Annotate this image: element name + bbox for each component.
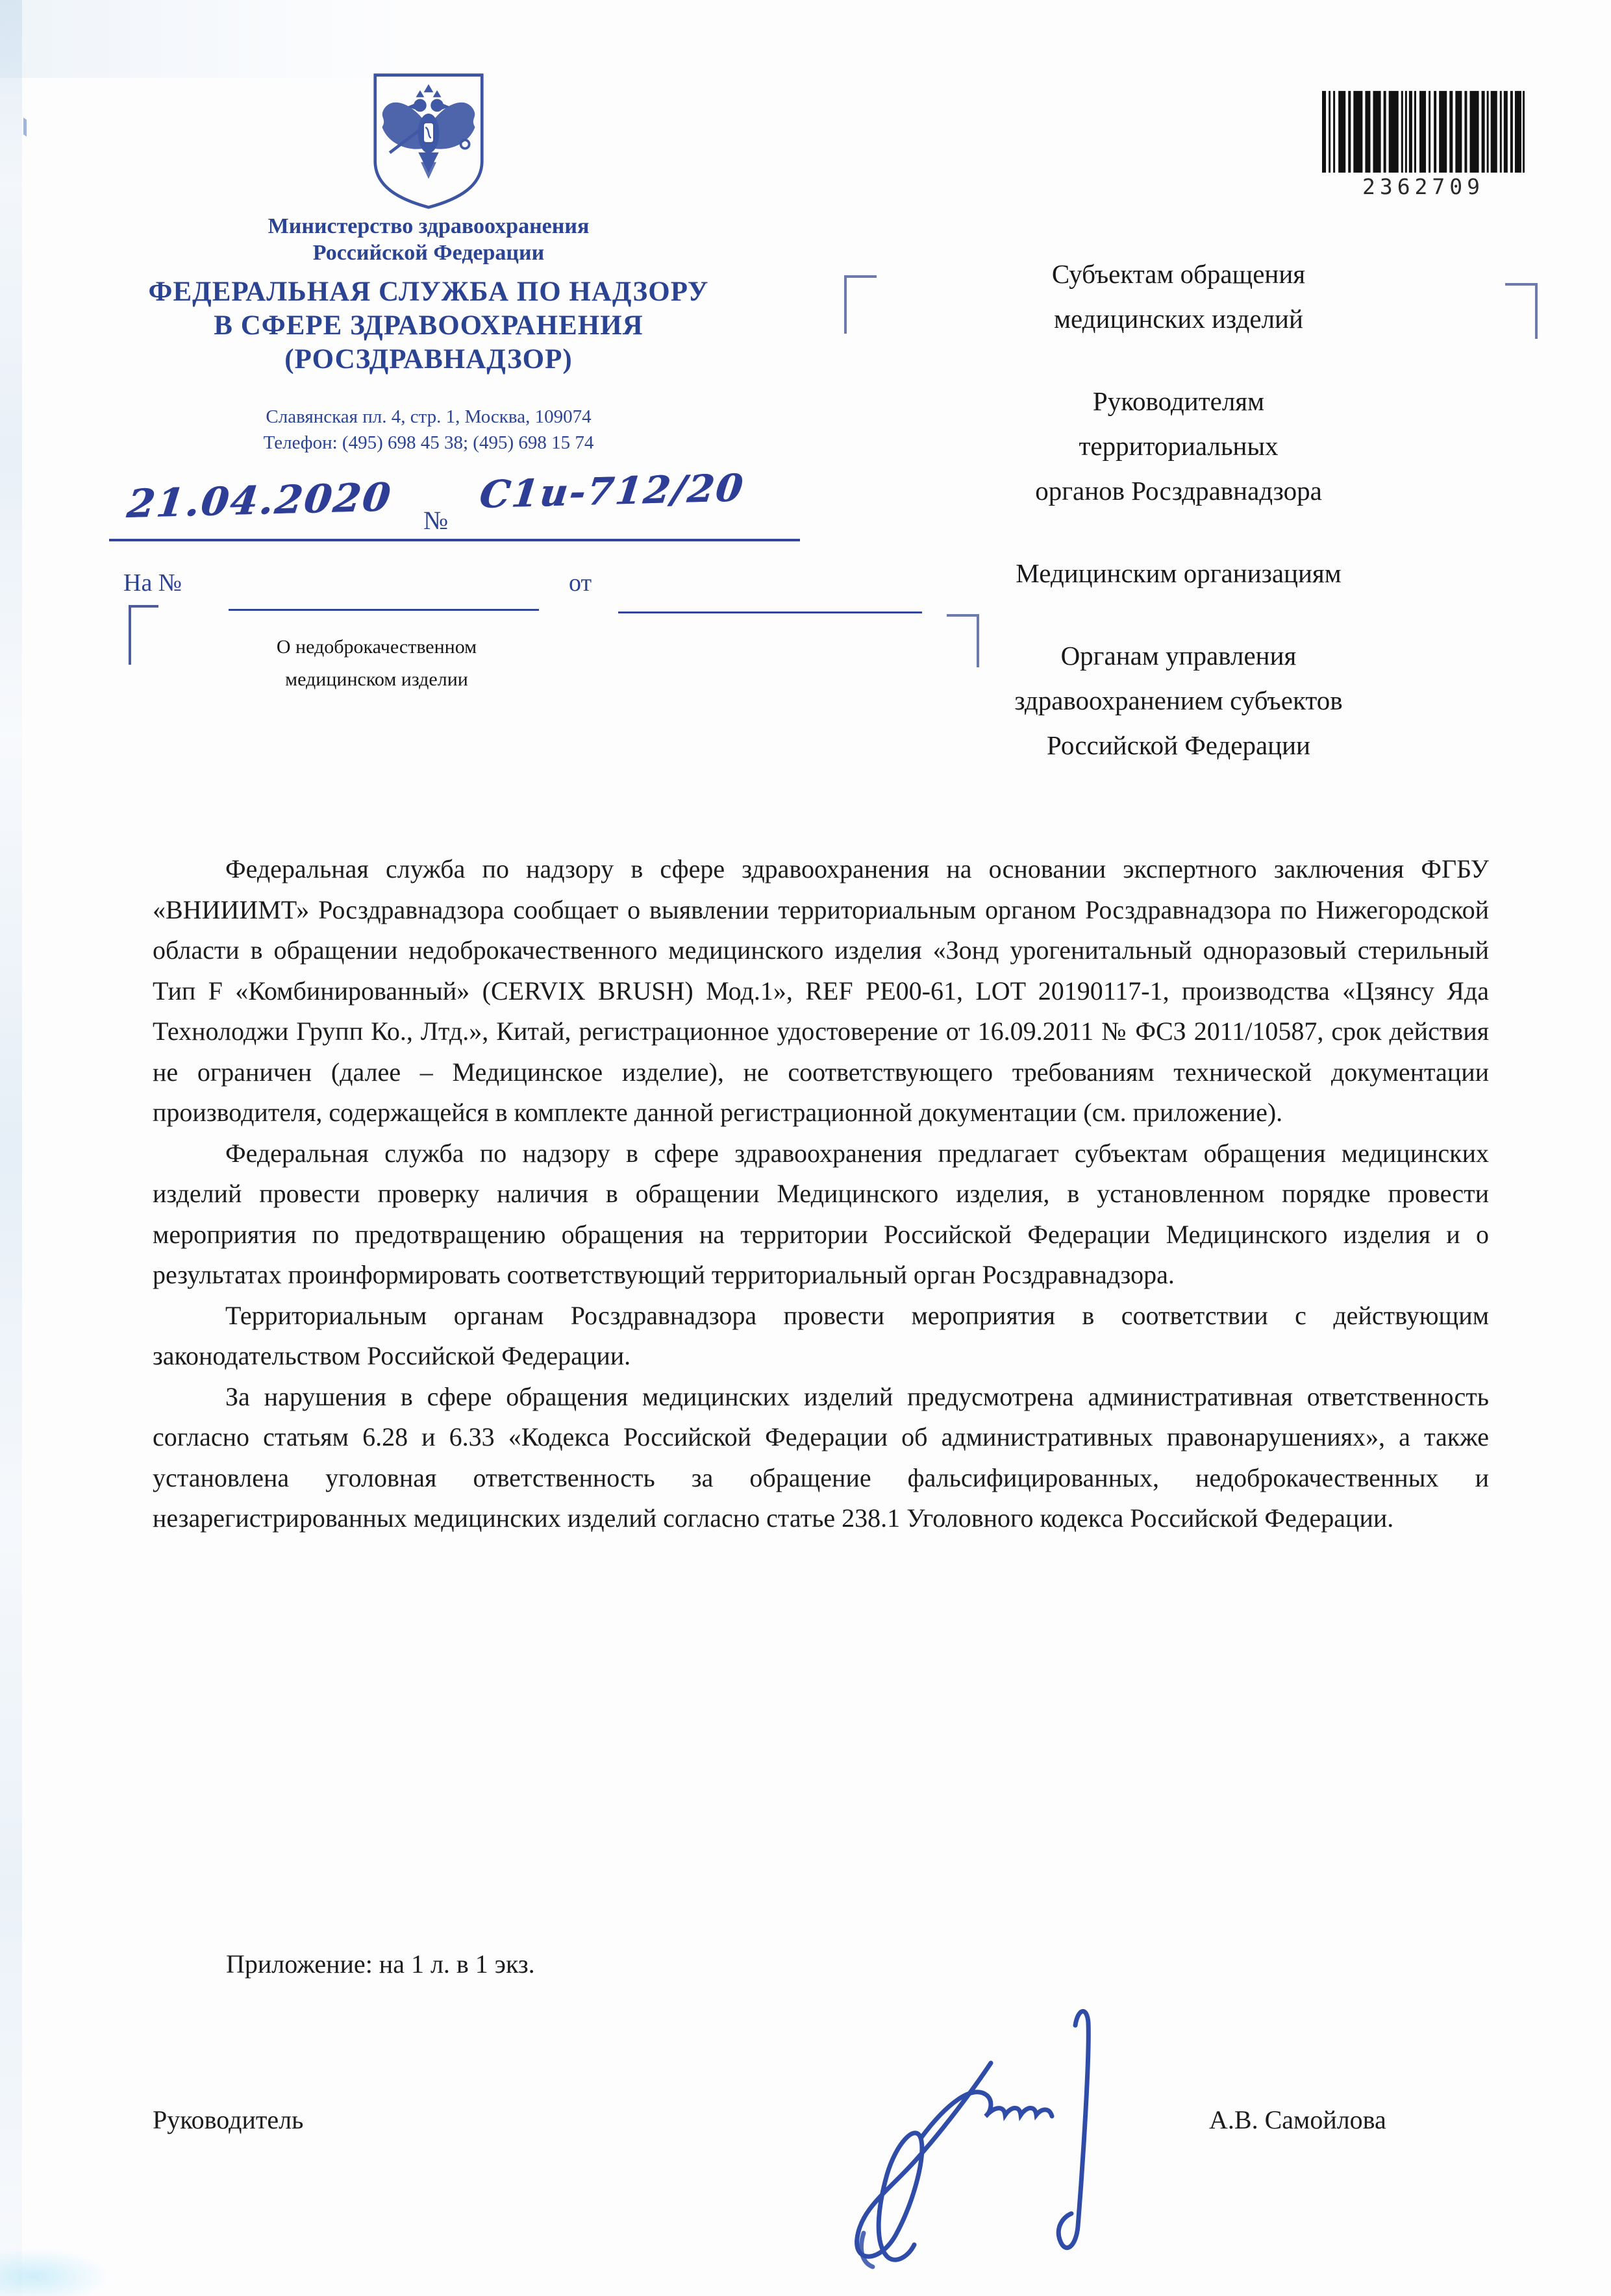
address-line: Славянская пл. 4, стр. 1, Москва, 109074	[104, 404, 753, 430]
attachment-note: Приложение: на 1 л. в 1 экз.	[226, 1949, 535, 1979]
recipient-line: Российской Федерации	[890, 723, 1467, 768]
scan-blob-artifact	[0, 2247, 110, 2296]
body-paragraph-4: За нарушения в сфере обращения медицинск…	[153, 1377, 1489, 1539]
in-reply-number-underline	[229, 609, 539, 611]
recipient-health-authorities: Органам управления здравоохранением субъ…	[890, 634, 1467, 768]
recipient-line: медицинских изделий	[890, 297, 1467, 341]
recipient-medical-orgs: Медицинским организациям	[890, 551, 1467, 596]
service-line3: (РОСЗДРАВНАДЗОР)	[71, 343, 786, 376]
subject-corner-mark-left	[129, 605, 158, 665]
recipient-line: здравоохранением субъектов	[890, 678, 1467, 723]
recipients-block: Субъектам обращения медицинских изделий …	[890, 252, 1467, 806]
contact-block: Славянская пл. 4, стр. 1, Москва, 109074…	[104, 404, 753, 456]
recipient-line: Субъектам обращения	[890, 252, 1467, 297]
handwritten-date: 21.04.2020	[125, 475, 394, 527]
scan-haze-artifact	[0, 0, 1611, 78]
recipient-subjects: Субъектам обращения медицинских изделий	[890, 252, 1467, 341]
subject-line2: медицинском изделии	[169, 663, 584, 696]
barcode-bars	[1322, 91, 1525, 173]
recipient-line: Руководителям	[890, 379, 1467, 424]
number-underline	[469, 539, 800, 541]
body-paragraph-3: Территориальным органам Росздравнадзора …	[153, 1296, 1489, 1377]
service-line2: В СФЕРЕ ЗДРАВООХРАНЕНИЯ	[71, 309, 786, 343]
letter-body: Федеральная служба по надзору в сфере зд…	[153, 849, 1489, 1539]
subject-line1: О недоброкачественном	[169, 631, 584, 663]
service-line1: ФЕДЕРАЛЬНАЯ СЛУЖБА ПО НАДЗОРУ	[71, 275, 786, 309]
ministry-name: Министерство здравоохранения Российской …	[104, 213, 753, 266]
phone-line: Телефон: (495) 698 45 38; (495) 698 15 7…	[104, 430, 753, 456]
service-name: ФЕДЕРАЛЬНАЯ СЛУЖБА ПО НАДЗОРУ В СФЕРЕ ЗД…	[71, 275, 786, 376]
barcode-number: 2362709	[1322, 174, 1525, 199]
scan-edge-artifact	[0, 0, 22, 2296]
subject-line: О недоброкачественном медицинском издели…	[169, 631, 584, 696]
signature-stroke	[823, 1980, 1148, 2285]
recipient-line: территориальных	[890, 424, 1467, 469]
recipient-territorial-heads: Руководителям территориальных органов Ро…	[890, 379, 1467, 513]
body-paragraph-2: Федеральная служба по надзору в сфере зд…	[153, 1133, 1489, 1296]
signer-name: А.В. Самойлова	[1209, 2105, 1386, 2135]
scanned-letter-page: Министерство здравоохранения Российской …	[0, 0, 1611, 2296]
ministry-line2: Российской Федерации	[104, 240, 753, 266]
number-sign: №	[423, 505, 448, 536]
body-paragraph-1: Федеральная служба по надзору в сфере зд…	[153, 849, 1489, 1133]
recipient-line: органов Росздравнадзора	[890, 469, 1467, 513]
from-label: от	[569, 569, 592, 597]
in-reply-to-label: На №	[123, 569, 182, 597]
handwritten-number: С1и-712/20	[477, 465, 747, 517]
in-reply-date-underline	[618, 611, 922, 613]
ministry-line1: Министерство здравоохранения	[104, 213, 753, 240]
barcode: 2362709	[1322, 91, 1525, 199]
signer-position: Руководитель	[153, 2105, 303, 2135]
coat-of-arms-icon	[364, 71, 493, 211]
recipient-line: Медицинским организациям	[890, 551, 1467, 596]
recipient-corner-mark-right	[1505, 283, 1538, 339]
recipient-corner-mark-left	[844, 275, 877, 334]
recipient-line: Органам управления	[890, 634, 1467, 678]
